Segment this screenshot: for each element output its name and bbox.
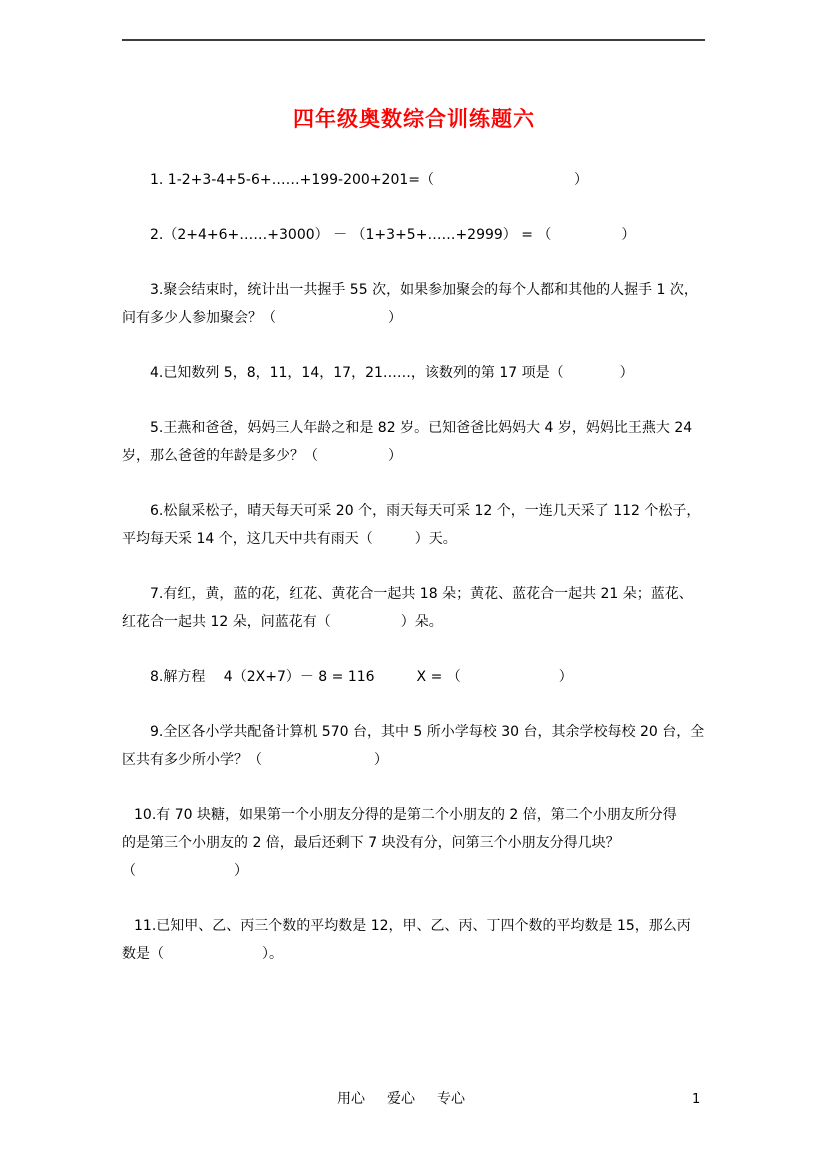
question-4: 4.已知数列 5，8，11，14，17，21……，该数列的第 17 项是（ ） [122, 359, 762, 387]
question-5-line-2: 岁，那么爸爸的年龄是多少？（ ） [122, 442, 762, 470]
footer-word-3: 专心 [437, 1090, 465, 1108]
question-3: 3.聚会结束时，统计出一共握手 55 次，如果参加聚会的每个人都和其他的人握手 … [122, 276, 762, 332]
question-3-line-2: 问有多少人参加聚会？（ ） [122, 304, 762, 332]
question-3-line-1: 3.聚会结束时，统计出一共握手 55 次，如果参加聚会的每个人都和其他的人握手 … [122, 276, 762, 304]
question-7-line-1: 7.有红，黄，蓝的花，红花、黄花合一起共 18 朵；黄花、蓝花合一起共 21 朵… [122, 580, 762, 608]
question-4-line-1: 4.已知数列 5，8，11，14，17，21……，该数列的第 17 项是（ ） [122, 359, 762, 387]
question-10-line-3: （ ） [122, 857, 762, 885]
question-8: 8.解方程 4（2X+7）－ 8 = 116 X = （ ） [122, 663, 762, 691]
question-9: 9.全区各小学共配备计算机 570 台，其中 5 所小学每校 30 台，其余学校… [122, 718, 762, 774]
question-11-line-2: 数是（ ）。 [122, 940, 762, 968]
question-9-line-1: 9.全区各小学共配备计算机 570 台，其中 5 所小学每校 30 台，其余学校… [122, 718, 762, 746]
question-7-line-2: 红花合一起共 12 朵，问蓝花有（ ）朵。 [122, 608, 762, 636]
question-10-line-1: 10.有 70 块糖，如果第一个小朋友分得的是第二个小朋友的 2 倍，第二个小朋… [122, 801, 762, 829]
question-7: 7.有红，黄，蓝的花，红花、黄花合一起共 18 朵；黄花、蓝花合一起共 21 朵… [122, 580, 762, 636]
question-8-line-1: 8.解方程 4（2X+7）－ 8 = 116 X = （ ） [122, 663, 762, 691]
question-6-line-1: 6.松鼠采松子，晴天每天可采 20 个，雨天每天可采 12 个，一连几天采了 1… [122, 497, 762, 525]
questions-list: 1. 1-2+3-4+5-6+……+199-200+201=（ ）2.（2+4+… [122, 166, 762, 995]
question-10: 10.有 70 块糖，如果第一个小朋友分得的是第二个小朋友的 2 倍，第二个小朋… [122, 801, 762, 885]
question-6: 6.松鼠采松子，晴天每天可采 20 个，雨天每天可采 12 个，一连几天采了 1… [122, 497, 762, 553]
footer-word-1: 用心 [337, 1090, 365, 1108]
worksheet-page: 四年级奥数综合训练题六 1. 1-2+3-4+5-6+……+199-200+20… [0, 0, 827, 1170]
question-5: 5.王燕和爸爸，妈妈三人年龄之和是 82 岁。已知爸爸比妈妈大 4 岁，妈妈比王… [122, 414, 762, 470]
question-6-line-2: 平均每天采 14 个，这几天中共有雨天（ ）天。 [122, 525, 762, 553]
page-title: 四年级奥数综合训练题六 [122, 104, 706, 134]
header-divider [122, 39, 705, 41]
question-2: 2.（2+4+6+……+3000） － （1+3+5+……+2999） = （ … [122, 221, 762, 249]
question-11: 11.已知甲、乙、丙三个数的平均数是 12，甲、乙、丙、丁四个数的平均数是 15… [122, 912, 762, 968]
question-5-line-1: 5.王燕和爸爸，妈妈三人年龄之和是 82 岁。已知爸爸比妈妈大 4 岁，妈妈比王… [122, 414, 762, 442]
footer-motto: 用心 爱心 专心 [337, 1090, 465, 1108]
question-1-line-1: 1. 1-2+3-4+5-6+……+199-200+201=（ ） [122, 166, 762, 194]
question-2-line-1: 2.（2+4+6+……+3000） － （1+3+5+……+2999） = （ … [122, 221, 762, 249]
question-9-line-2: 区共有多少所小学？（ ） [122, 746, 762, 774]
question-1: 1. 1-2+3-4+5-6+……+199-200+201=（ ） [122, 166, 762, 194]
page-number: 1 [692, 1091, 700, 1109]
footer-word-2: 爱心 [387, 1090, 415, 1108]
question-11-line-1: 11.已知甲、乙、丙三个数的平均数是 12，甲、乙、丙、丁四个数的平均数是 15… [122, 912, 762, 940]
question-10-line-2: 的是第三个小朋友的 2 倍，最后还剩下 7 块没有分，问第三个小朋友分得几块？ [122, 829, 762, 857]
